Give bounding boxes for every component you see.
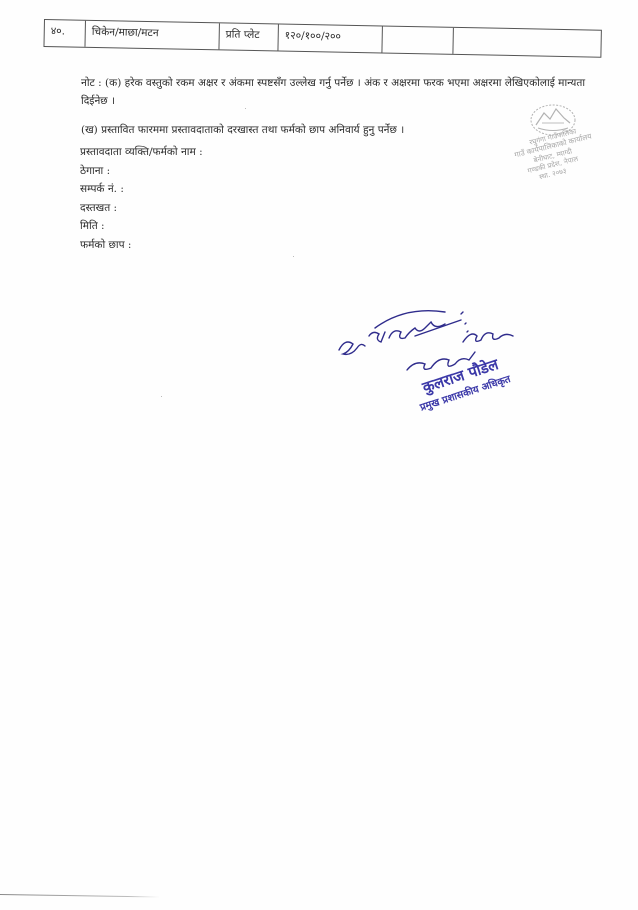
- field-address: ठेगाना :: [80, 162, 203, 181]
- field-date: मिति :: [80, 217, 203, 236]
- empty-cell-5: [382, 27, 453, 54]
- bidder-fields: प्रस्तावदाता व्यक्ति/फर्मको नाम : ठेगाना…: [80, 143, 203, 255]
- rate-cell: १२०/१००/२००: [278, 25, 382, 53]
- field-bidder-name: प्रस्तावदाता व्यक्ति/फर्मको नाम :: [80, 143, 203, 162]
- scan-speck: [293, 256, 294, 257]
- table-row: ४०. चिकेन/माछा/मटन प्रति प्लेट १२०/१००/२…: [43, 19, 601, 58]
- document-page: ४०. चिकेन/माछा/मटन प्रति प्लेट १२०/१००/२…: [0, 0, 638, 910]
- scan-speck: [245, 108, 246, 109]
- scan-speck: [161, 396, 162, 397]
- serial-cell: ४०.: [44, 20, 85, 47]
- empty-cell-6: [453, 28, 600, 57]
- unit-cell: प्रति प्लेट: [219, 23, 278, 50]
- item-cell: चिकेन/माछा/मटन: [85, 21, 219, 50]
- field-signature: दस्तखत :: [80, 199, 203, 218]
- scan-edge-line: [0, 894, 160, 898]
- office-seal: रघुगंगा गाउँपालिका गाउँ कार्यपालिकाको का…: [498, 103, 608, 195]
- field-contact: सम्पर्क नं. :: [80, 180, 203, 199]
- field-firm-stamp: फर्मको छाप :: [80, 236, 203, 255]
